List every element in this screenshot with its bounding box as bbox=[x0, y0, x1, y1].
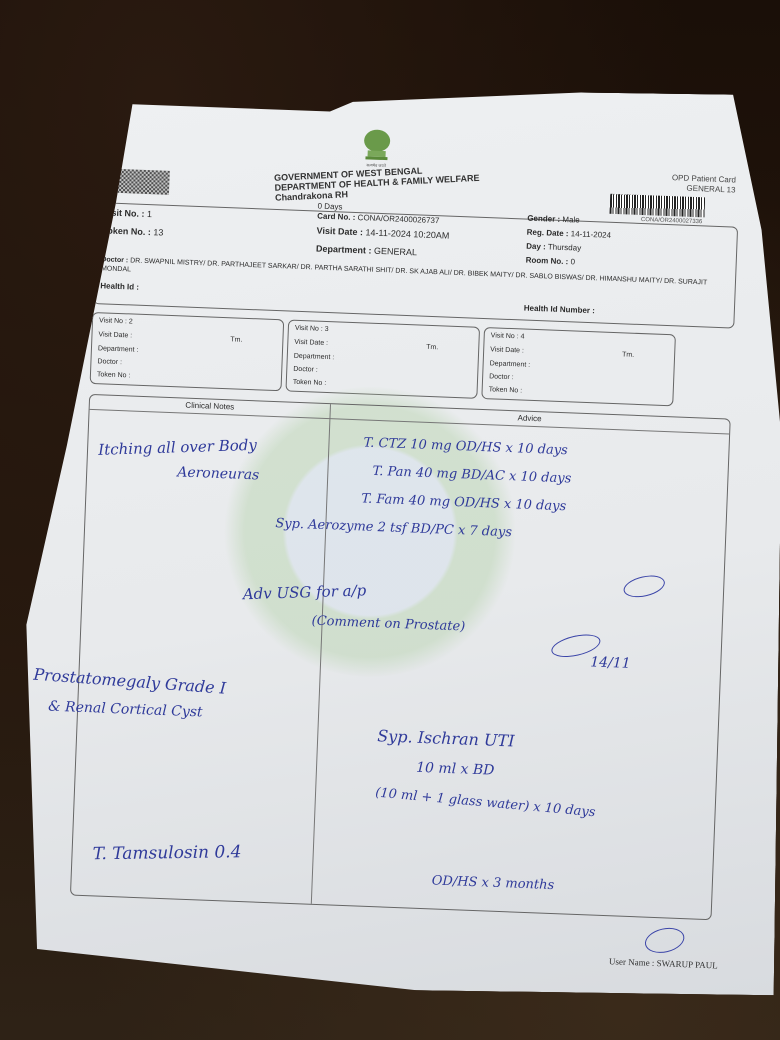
visit-no: Visit No : 2 bbox=[99, 317, 133, 325]
visit-date: Visit Date : 14-11-2024 10:20AM bbox=[316, 226, 449, 241]
user-signature bbox=[642, 924, 686, 956]
visit-token: Token No : bbox=[97, 371, 131, 379]
clinical-note: Itching all over Body bbox=[98, 436, 257, 459]
opd-patient-card-paper: सत्यमेव जयते GOVERNMENT OF WEST BENGAL D… bbox=[14, 85, 780, 996]
advice-header: Advice bbox=[330, 406, 730, 430]
advice-item: Syp. Aerozyme 2 tsf BD/PC x 7 days bbox=[275, 516, 512, 540]
user-name: User Name : SWARUP PAUL bbox=[608, 956, 718, 1000]
gender: Gender : Male bbox=[527, 214, 580, 225]
opd-card: सत्यमेव जयते GOVERNMENT OF WEST BENGAL D… bbox=[53, 116, 745, 991]
signature-date: 14/11 bbox=[590, 654, 631, 672]
advice-item: OD/HS x 3 months bbox=[431, 873, 554, 893]
visit-token: Token No : bbox=[489, 386, 523, 394]
advice-item: (10 ml + 1 glass water) x 10 days bbox=[375, 785, 596, 820]
reg-date: Reg. Date : 14-11-2024 bbox=[527, 228, 612, 240]
visit-no: Visit No. : 1 bbox=[103, 207, 152, 219]
clinical-note: T. Tamsulosin 0.4 bbox=[93, 842, 242, 864]
visit-time: Tm. bbox=[230, 336, 242, 343]
visit-department: Department : bbox=[294, 353, 335, 362]
visit-date: Visit Date : bbox=[98, 331, 132, 339]
department-header: GOVERNMENT OF WEST BENGAL DEPARTMENT OF … bbox=[274, 163, 480, 203]
visit-doctor: Doctor : bbox=[97, 358, 122, 366]
department: Department : GENERAL bbox=[316, 244, 417, 258]
advice-item: Adv USG for a/p bbox=[243, 581, 367, 603]
visit-department: Department : bbox=[98, 345, 139, 354]
visit-department: Department : bbox=[490, 360, 531, 369]
ashoka-emblem-icon: सत्यमेव जयते bbox=[359, 126, 395, 169]
card-type-block: OPD Patient Card GENERAL 13 bbox=[671, 173, 736, 195]
visit-doctor: Doctor : bbox=[489, 373, 514, 381]
age: 0 Days bbox=[317, 202, 342, 212]
clinical-note: & Renal Cortical Cyst bbox=[48, 699, 203, 721]
advice-item: T. Fam 40 mg OD/HS x 10 days bbox=[361, 491, 566, 514]
advice-item: Syp. Ischran UTI bbox=[377, 726, 515, 750]
visit-time: Tm. bbox=[622, 351, 634, 358]
visit-box-2: Visit No : 2 Visit Date : Tm. Department… bbox=[90, 312, 285, 391]
visit-doctor: Doctor : bbox=[293, 366, 318, 374]
advice-item: 10 ml x BD bbox=[416, 760, 495, 779]
health-id: Health Id : bbox=[100, 281, 139, 291]
advice-item: (Comment on Prostate) bbox=[311, 614, 465, 635]
health-id-number: Health Id Number : bbox=[524, 304, 595, 316]
advice-item: T. Pan 40 mg BD/AC x 10 days bbox=[372, 464, 571, 487]
visit-no: Visit No : 3 bbox=[295, 325, 329, 333]
card-no: Card No. : CONA/OR2400026737 bbox=[317, 212, 440, 226]
card-category: GENERAL 13 bbox=[671, 183, 735, 195]
visit-date: Visit Date : bbox=[490, 346, 524, 354]
day: Day : Thursday bbox=[526, 242, 581, 253]
clinical-note: Aeroneuras bbox=[177, 464, 260, 483]
barcode bbox=[610, 194, 706, 218]
visit-token: Token No : bbox=[293, 379, 327, 387]
visit-no: Visit No : 4 bbox=[491, 332, 525, 340]
doctor-list: Doctor : DR. SWAPNIL MISTRY/ DR. PARTHAJ… bbox=[101, 255, 721, 297]
visit-time: Tm. bbox=[426, 344, 438, 351]
visit-box-4: Visit No : 4 Visit Date : Tm. Department… bbox=[481, 327, 676, 406]
doctor-signature bbox=[622, 572, 667, 601]
notes-table: Clinical Notes Advice Itching all over B… bbox=[70, 394, 731, 920]
visit-date: Visit Date : bbox=[294, 339, 328, 347]
token-no: Token No. : 13 bbox=[102, 225, 163, 237]
clinical-note: Prostatomegaly Grade I bbox=[33, 665, 227, 698]
room-no: Room No. : 0 bbox=[526, 256, 576, 267]
column-divider bbox=[311, 404, 331, 904]
advice-item: T. CTZ 10 mg OD/HS x 10 days bbox=[363, 435, 568, 458]
clinical-notes-header: Clinical Notes bbox=[90, 397, 330, 415]
qr-code bbox=[113, 169, 170, 195]
